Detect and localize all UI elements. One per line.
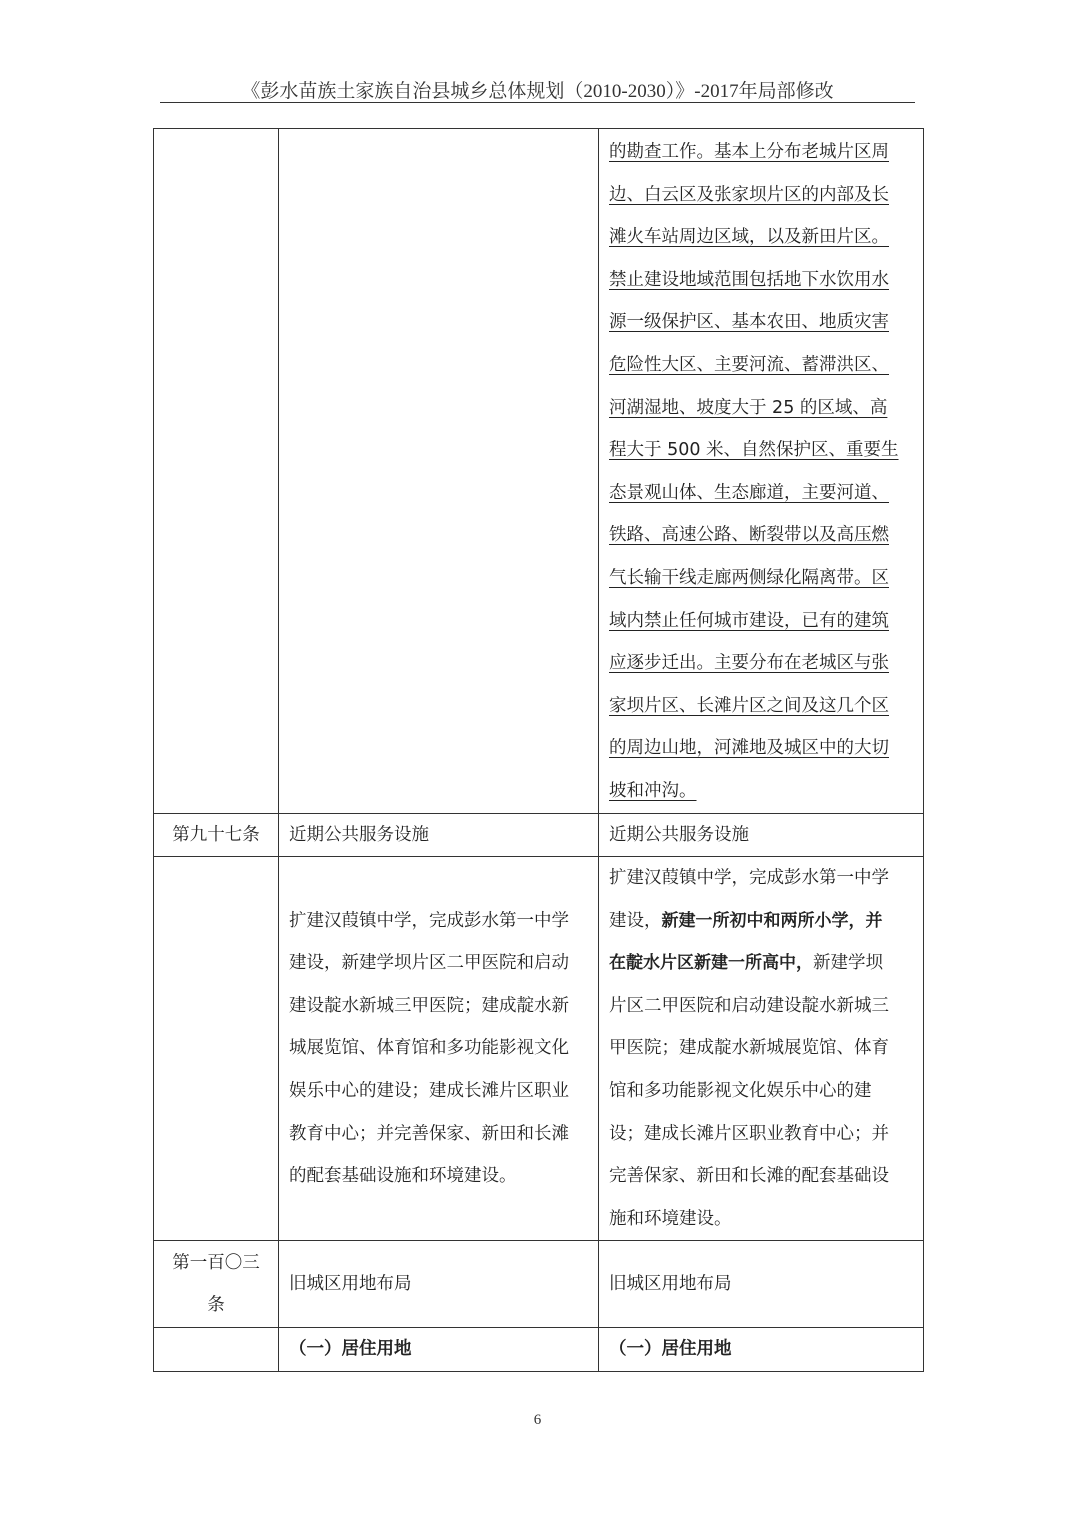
original-text-cell: 近期公共服务设施 bbox=[279, 813, 599, 857]
revised-line: 施和环境建设。 bbox=[609, 1198, 913, 1241]
original-line: 的配套基础设施和环境建设。 bbox=[289, 1155, 588, 1198]
revised-line: 应逐步迁出。主要分布在老城区与张 bbox=[609, 642, 913, 685]
revised-line: 建设，新建一所初中和两所小学，并 bbox=[609, 900, 913, 943]
article-cell: 第一百〇三 条 bbox=[154, 1241, 279, 1328]
revised-line: 扩建汉葭镇中学，完成彭水第一中学 bbox=[609, 857, 913, 900]
document-header-title: 《彭水苗族土家族自治县城乡总体规划（2010-2030）》-2017年局部修改 bbox=[160, 76, 915, 103]
revised-line: 铁路、高速公路、断裂带以及高压燃 bbox=[609, 514, 913, 557]
original-line: 教育中心；并完善保家、新田和长滩 bbox=[289, 1113, 588, 1156]
revised-text-cell: 的勘查工作。基本上分布老城片区周 边、白云区及张家坝片区的内部及长 滩火车站周边… bbox=[599, 129, 924, 814]
original-line: 扩建汉葭镇中学，完成彭水第一中学 bbox=[289, 900, 588, 943]
revised-line: 危险性大区、主要河流、蓄滞洪区、 bbox=[609, 344, 913, 387]
original-text-cell: 扩建汉葭镇中学，完成彭水第一中学 建设，新建学坝片区二甲医院和启动 建设靛水新城… bbox=[279, 857, 599, 1241]
revised-line: 边、白云区及张家坝片区的内部及长 bbox=[609, 174, 913, 217]
revised-line: 态景观山体、生态廊道，主要河道、 bbox=[609, 472, 913, 515]
original-text-cell: 旧城区用地布局 bbox=[279, 1241, 599, 1328]
article-line: 条 bbox=[164, 1284, 268, 1327]
revised-line: 坡和冲沟。 bbox=[609, 770, 913, 813]
table-row: 扩建汉葭镇中学，完成彭水第一中学 建设，新建学坝片区二甲医院和启动 建设靛水新城… bbox=[154, 857, 924, 1241]
revised-plain-text: 新建学坝 bbox=[813, 953, 883, 973]
article-cell bbox=[154, 1328, 279, 1372]
original-line: 娱乐中心的建设；建成长滩片区职业 bbox=[289, 1070, 588, 1113]
article-line: 第一百〇三 bbox=[164, 1242, 268, 1285]
revised-text-cell: 扩建汉葭镇中学，完成彭水第一中学 建设，新建一所初中和两所小学，并 在靛水片区新… bbox=[599, 857, 924, 1241]
article-cell bbox=[154, 129, 279, 814]
original-line: 城展览馆、体育馆和多功能影视文化 bbox=[289, 1027, 588, 1070]
revised-line: 的周边山地，河滩地及城区中的大切 bbox=[609, 727, 913, 770]
revision-table: 的勘查工作。基本上分布老城片区周 边、白云区及张家坝片区的内部及长 滩火车站周边… bbox=[153, 128, 924, 1372]
original-text-cell bbox=[279, 129, 599, 814]
revised-line: 的勘查工作。基本上分布老城片区周 bbox=[609, 131, 913, 174]
revised-text-cell: 近期公共服务设施 bbox=[599, 813, 924, 857]
original-line: 建设靛水新城三甲医院；建成靛水新 bbox=[289, 985, 588, 1028]
revised-line: 在靛水片区新建一所高中，新建学坝 bbox=[609, 942, 913, 985]
revised-line: 馆和多功能影视文化娱乐中心的建 bbox=[609, 1070, 913, 1113]
revised-added-text: 在靛水片区新建一所高中， bbox=[609, 953, 813, 973]
table-row: 的勘查工作。基本上分布老城片区周 边、白云区及张家坝片区的内部及长 滩火车站周边… bbox=[154, 129, 924, 814]
header-rule bbox=[160, 102, 915, 103]
revised-line: 片区二甲医院和启动建设靛水新城三 bbox=[609, 985, 913, 1028]
table-row: 第一百〇三 条 旧城区用地布局 旧城区用地布局 bbox=[154, 1241, 924, 1328]
revised-line: 甲医院；建成靛水新城展览馆、体育 bbox=[609, 1027, 913, 1070]
revised-line: 气长输干线走廊两侧绿化隔离带。区 bbox=[609, 557, 913, 600]
table-row: 第九十七条 近期公共服务设施 近期公共服务设施 bbox=[154, 813, 924, 857]
revised-line: 家坝片区、长滩片区之间及这几个区 bbox=[609, 685, 913, 728]
revised-line: 完善保家、新田和长滩的配套基础设 bbox=[609, 1155, 913, 1198]
table-row: （一）居住用地 （一）居住用地 bbox=[154, 1328, 924, 1372]
article-cell: 第九十七条 bbox=[154, 813, 279, 857]
revised-line: 禁止建设地域范围包括地下水饮用水 bbox=[609, 259, 913, 302]
revised-plain-text: 建设， bbox=[609, 911, 662, 931]
revised-line: 程大于 500 米、自然保护区、重要生 bbox=[609, 429, 913, 472]
revised-line: 设；建成长滩片区职业教育中心；并 bbox=[609, 1113, 913, 1156]
revised-line: 河湖湿地、坡度大于 25 的区域、高 bbox=[609, 387, 913, 430]
original-line: 建设，新建学坝片区二甲医院和启动 bbox=[289, 942, 588, 985]
revised-line: 源一级保护区、基本农田、地质灾害 bbox=[609, 301, 913, 344]
original-text-cell: （一）居住用地 bbox=[279, 1328, 599, 1372]
article-cell bbox=[154, 857, 279, 1241]
page-number: 6 bbox=[0, 1412, 1075, 1429]
revised-line: 滩火车站周边区域，以及新田片区。 bbox=[609, 216, 913, 259]
revised-added-text: 新建一所初中和两所小学，并 bbox=[662, 911, 883, 931]
revised-text-cell: （一）居住用地 bbox=[599, 1328, 924, 1372]
revised-text-cell: 旧城区用地布局 bbox=[599, 1241, 924, 1328]
revised-line: 域内禁止任何城市建设，已有的建筑 bbox=[609, 600, 913, 643]
